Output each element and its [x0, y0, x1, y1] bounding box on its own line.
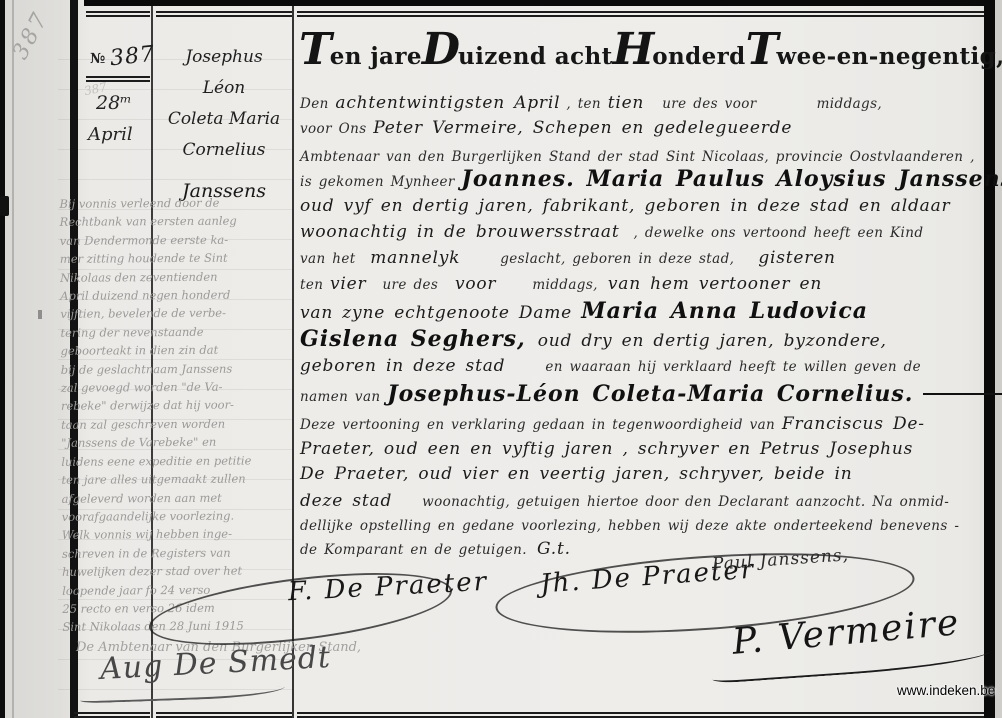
header-initial: T [746, 24, 777, 75]
header-word-group: Honderd [613, 24, 746, 75]
rule-bottom [297, 712, 984, 714]
child-name-line: Coleta Maria [156, 104, 292, 135]
margin-annotation-line: mer zitting houdende te Sint [60, 248, 296, 268]
margin-annotation-line: taan zal geschreven worden [61, 414, 297, 434]
handwritten-text: tien [608, 93, 644, 113]
printed-text: geslacht, geboren in deze stad, [500, 251, 734, 267]
printed-text: Den [300, 96, 335, 112]
printed-text: de Komparant en de getuigen. [300, 542, 527, 558]
act-text-line: ten vierure des voormiddags,van hem vert… [300, 274, 822, 294]
handwritten-text: deze stad [300, 491, 392, 511]
header-word: wee-en-negentig, [776, 43, 1002, 70]
margin-annotation-line: geboorteakt in dien zin dat [60, 340, 296, 360]
header-word: en jare [330, 43, 422, 70]
handwritten-text: G.t. [537, 539, 571, 559]
margin-annotation-line: Bij vonnis verleend door de [59, 193, 295, 213]
scan-right-gutter [995, 0, 1002, 718]
act-text-line: De Praeter, oud vier en veertig jaren, s… [300, 464, 852, 484]
printed-text: is gekomen [300, 174, 391, 190]
rule-top [297, 11, 984, 13]
header-word-group: Twee-en-negentig, [746, 24, 1002, 75]
pencil-record-number: 387 [8, 7, 54, 64]
act-text-line: Den achtentwintigsten April, ten tienure… [300, 93, 882, 113]
scan-left-edge [0, 0, 5, 718]
printed-text: , dewelke ons vertoond heeft een Kind [634, 225, 924, 241]
act-text-line: voor Ons Peter Vermeire, Schepen en gede… [300, 118, 792, 138]
printed-text: Ambtenaar van den Burgerlijken Stand der… [300, 149, 975, 165]
rule-top [297, 15, 984, 17]
printed-text: , ten [566, 96, 607, 112]
margin-annotation-line: voorafgaandelijke voorlezing. [62, 506, 298, 526]
act-text-line: deze stadwoonachtig, getuigen hiertoe do… [300, 491, 949, 511]
handwritten-text: van zyne echtgenoote Dame [300, 303, 581, 323]
printed-text: en waaraan hij verklaard heeft te willen… [545, 359, 921, 375]
handwritten-text: vier [330, 274, 366, 294]
act-text-line: dellijke opstelling en gedane voorlezing… [300, 515, 959, 534]
margin-annotation-line: Nikolaas den zeventienden [60, 267, 296, 287]
printed-text: ure des [382, 277, 444, 293]
header-word: onderd [652, 43, 745, 70]
rule-under-number [86, 76, 150, 78]
act-text-line: Praeter, oud een en vyftig jaren , schry… [300, 439, 913, 459]
handwritten-text: Praeter, oud een en vyftig jaren , schry… [300, 439, 913, 459]
handwritten-text: De Praeter, oud vier en veertig jaren, s… [300, 464, 852, 484]
handwritten-text: voor [455, 274, 496, 294]
watermark: www.indeken.be [897, 683, 995, 698]
child-name-line: Josephus [156, 42, 292, 73]
margin-annotation-line: April duizend negen honderd [60, 285, 296, 305]
handwritten-text: Maria Anna Ludovica [581, 298, 868, 324]
printed-text: middags, [817, 96, 883, 112]
act-text-line: Gislena Seghers,oud dry en dertig jaren,… [300, 326, 887, 352]
act-text-line: van het mannelykgeslacht, geboren in dez… [300, 248, 836, 268]
handwritten-text: geboren in deze stad [300, 356, 505, 376]
act-text-line: oud vyf en dertig jaren, fabrikant, gebo… [300, 196, 950, 216]
margin-annotation-line: Rechtbank van eersten aanleg [60, 212, 296, 232]
printed-text: woonachtig, getuigen hiertoe door den De… [422, 494, 949, 510]
margin-annotation-line: vijftien, bevelende de verbe- [60, 304, 296, 324]
rule-top [156, 15, 292, 17]
rule-top [86, 15, 150, 17]
printed-text: Deze vertooning en verklaring gedaan in … [300, 417, 782, 433]
margin-annotation: Bij vonnis verleend door deRechtbank van… [59, 193, 298, 636]
child-name-column: JosephusLéonColeta MariaCorneliusJanssen… [156, 42, 292, 207]
rule-top [156, 11, 292, 13]
handwritten-text: Joannes. Maria Paulus Aloysius Janssens [461, 166, 1002, 192]
handwritten-text: Josephus-Léon Coleta-Maria Cornelius. [387, 381, 913, 407]
header-word: uizend acht [458, 43, 613, 70]
act-text-line: woonachtig in de brouwersstraat, dewelke… [300, 222, 923, 242]
record-number-cell: № 387 [90, 44, 155, 69]
margin-annotation-line: "Janssens de Varebeke" en [61, 432, 297, 452]
header-initial: H [613, 24, 653, 75]
scan-right-edge [984, 0, 995, 718]
act-header: Ten jareDuizend achtHonderdTwee-en-negen… [299, 24, 985, 75]
filler-rule [923, 393, 1002, 395]
margin-annotation-line: bij de geslachtnaam Janssens [61, 359, 297, 379]
printed-text: dellijke opstelling en gedane voorlezing… [300, 518, 959, 534]
handwritten-text: oud vyf en dertig jaren, fabrikant, gebo… [300, 196, 950, 216]
margin-annotation-line: van Dendermonde eerste ka- [60, 230, 296, 250]
signature-witness1: F. De Praeter [287, 567, 488, 607]
act-text-line: van zyne echtgenoote Dame Maria Anna Lud… [300, 298, 868, 324]
printed-text: Mynheer [391, 174, 462, 190]
header-initial: T [299, 24, 330, 75]
scan-edge-mark-small [38, 310, 42, 319]
printed-text: ten [300, 277, 330, 293]
margin-annotation-line: afgeleverd worden aan met [62, 488, 298, 508]
handwritten-text: Peter Vermeire, Schepen en gedelegueerde [373, 118, 792, 138]
child-name-line: Léon [156, 73, 292, 104]
act-text-line: Deze vertooning en verklaring gedaan in … [300, 414, 925, 434]
handwritten-text: Gislena Seghers, [300, 326, 526, 352]
handwritten-text: van hem vertooner en [608, 274, 822, 294]
printed-text: van het [300, 251, 362, 267]
header-initial: D [422, 24, 458, 75]
header-word-group: Ten jare [299, 24, 422, 75]
handwritten-text: oud dry en dertig jaren, byzondere, [538, 331, 887, 351]
scanned-birth-record: 387 387 № 387 28ᵐ April JosephusLéonCole… [0, 0, 1002, 718]
printed-text: voor Ons [300, 121, 373, 137]
handwritten-text: achtentwintigsten April [335, 93, 560, 113]
margin-annotation-line: tering der nevenstaande [60, 322, 296, 342]
act-text-line: Ambtenaar van den Burgerlijken Stand der… [300, 146, 975, 165]
margin-annotation-line: huwelijken dezer stad over het [62, 561, 298, 581]
numero-sign: № [90, 51, 105, 67]
margin-annotation-line: Welk vonnis wij hebben inge- [62, 524, 298, 544]
scan-top-band [84, 0, 1002, 6]
margin-annotation-line: schreven in de Registers van [62, 543, 298, 563]
record-date-month: April [88, 124, 133, 145]
printed-text: namen van [300, 389, 387, 405]
handwritten-text: gisteren [758, 248, 835, 268]
record-date-day: 28ᵐ [96, 92, 132, 114]
header-word-group: Duizend acht [422, 24, 613, 75]
margin-annotation-line: rebeke" derwijze dat hij voor- [61, 396, 297, 416]
rule-bottom [156, 712, 292, 714]
handwritten-text: mannelyk [370, 248, 460, 268]
rule-bottom [74, 712, 150, 714]
printed-text: ure des voor [662, 96, 756, 112]
act-text-line: geboren in deze staden waaraan hij verkl… [300, 356, 921, 376]
margin-annotation-line: luidens eene expeditie en petitie [61, 451, 297, 471]
rule-top [86, 11, 150, 13]
margin-annotation-line: zal gevoegd worden "de Va- [61, 377, 297, 397]
child-name-line: Cornelius [156, 135, 292, 166]
act-text-line: is gekomen Mynheer Joannes. Maria Paulus… [300, 166, 1002, 192]
handwritten-text: Franciscus De- [782, 414, 925, 434]
handwritten-text: woonachtig in de brouwersstraat [300, 222, 620, 242]
margin-annotation-line: ten jare alles uitgemaakt zullen [61, 469, 297, 489]
record-number: 387 [109, 42, 156, 72]
scan-left-line [12, 0, 14, 718]
act-text-line: namen van Josephus-Léon Coleta-Maria Cor… [300, 381, 1002, 407]
printed-text: middags, [532, 277, 598, 293]
act-text-line: de Komparant en de getuigen.G.t. [300, 539, 571, 559]
scan-edge-mark [0, 196, 9, 216]
